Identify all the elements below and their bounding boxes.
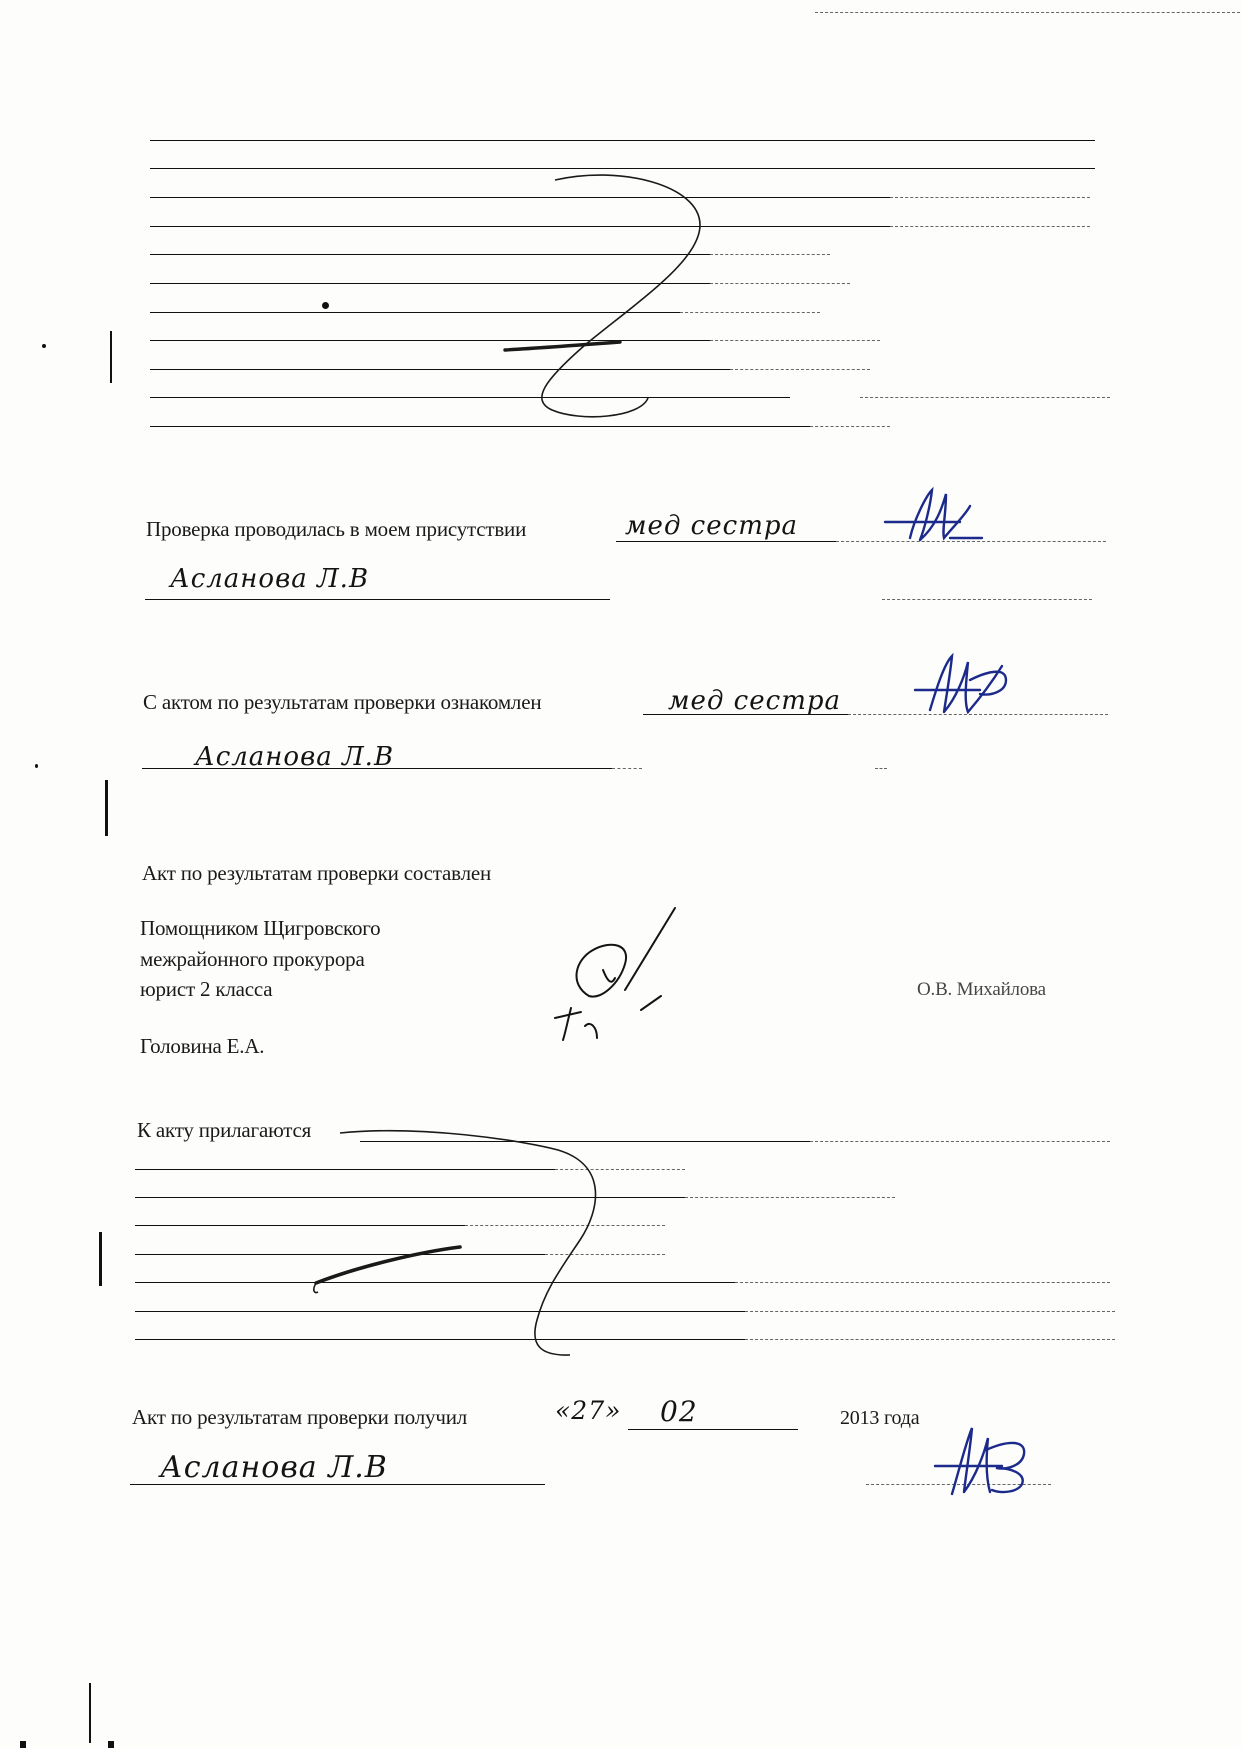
margin-mark: [99, 1232, 102, 1286]
margin-dot: [35, 764, 38, 768]
margin-dot: [42, 344, 46, 348]
margin-mark: [20, 1741, 26, 1748]
signature-icon: [930, 1420, 1040, 1500]
document-page: Проверка проводилась в моем присутствии …: [0, 0, 1242, 1748]
received-day: «27»: [555, 1398, 621, 1423]
received-label: Акт по результатам проверки получил: [132, 1407, 467, 1428]
margin-mark: [89, 1683, 91, 1743]
margin-mark: [108, 1741, 114, 1748]
received-year: 2013 года: [840, 1408, 919, 1428]
margin-mark: [110, 331, 112, 383]
margin-mark: [105, 780, 108, 836]
name-line: [130, 1484, 545, 1485]
received-name: Асланова Л.В: [160, 1453, 388, 1483]
z-strikeout-attachments: [0, 0, 1242, 1748]
date-line: [628, 1429, 798, 1430]
received-month: 02: [660, 1398, 698, 1426]
